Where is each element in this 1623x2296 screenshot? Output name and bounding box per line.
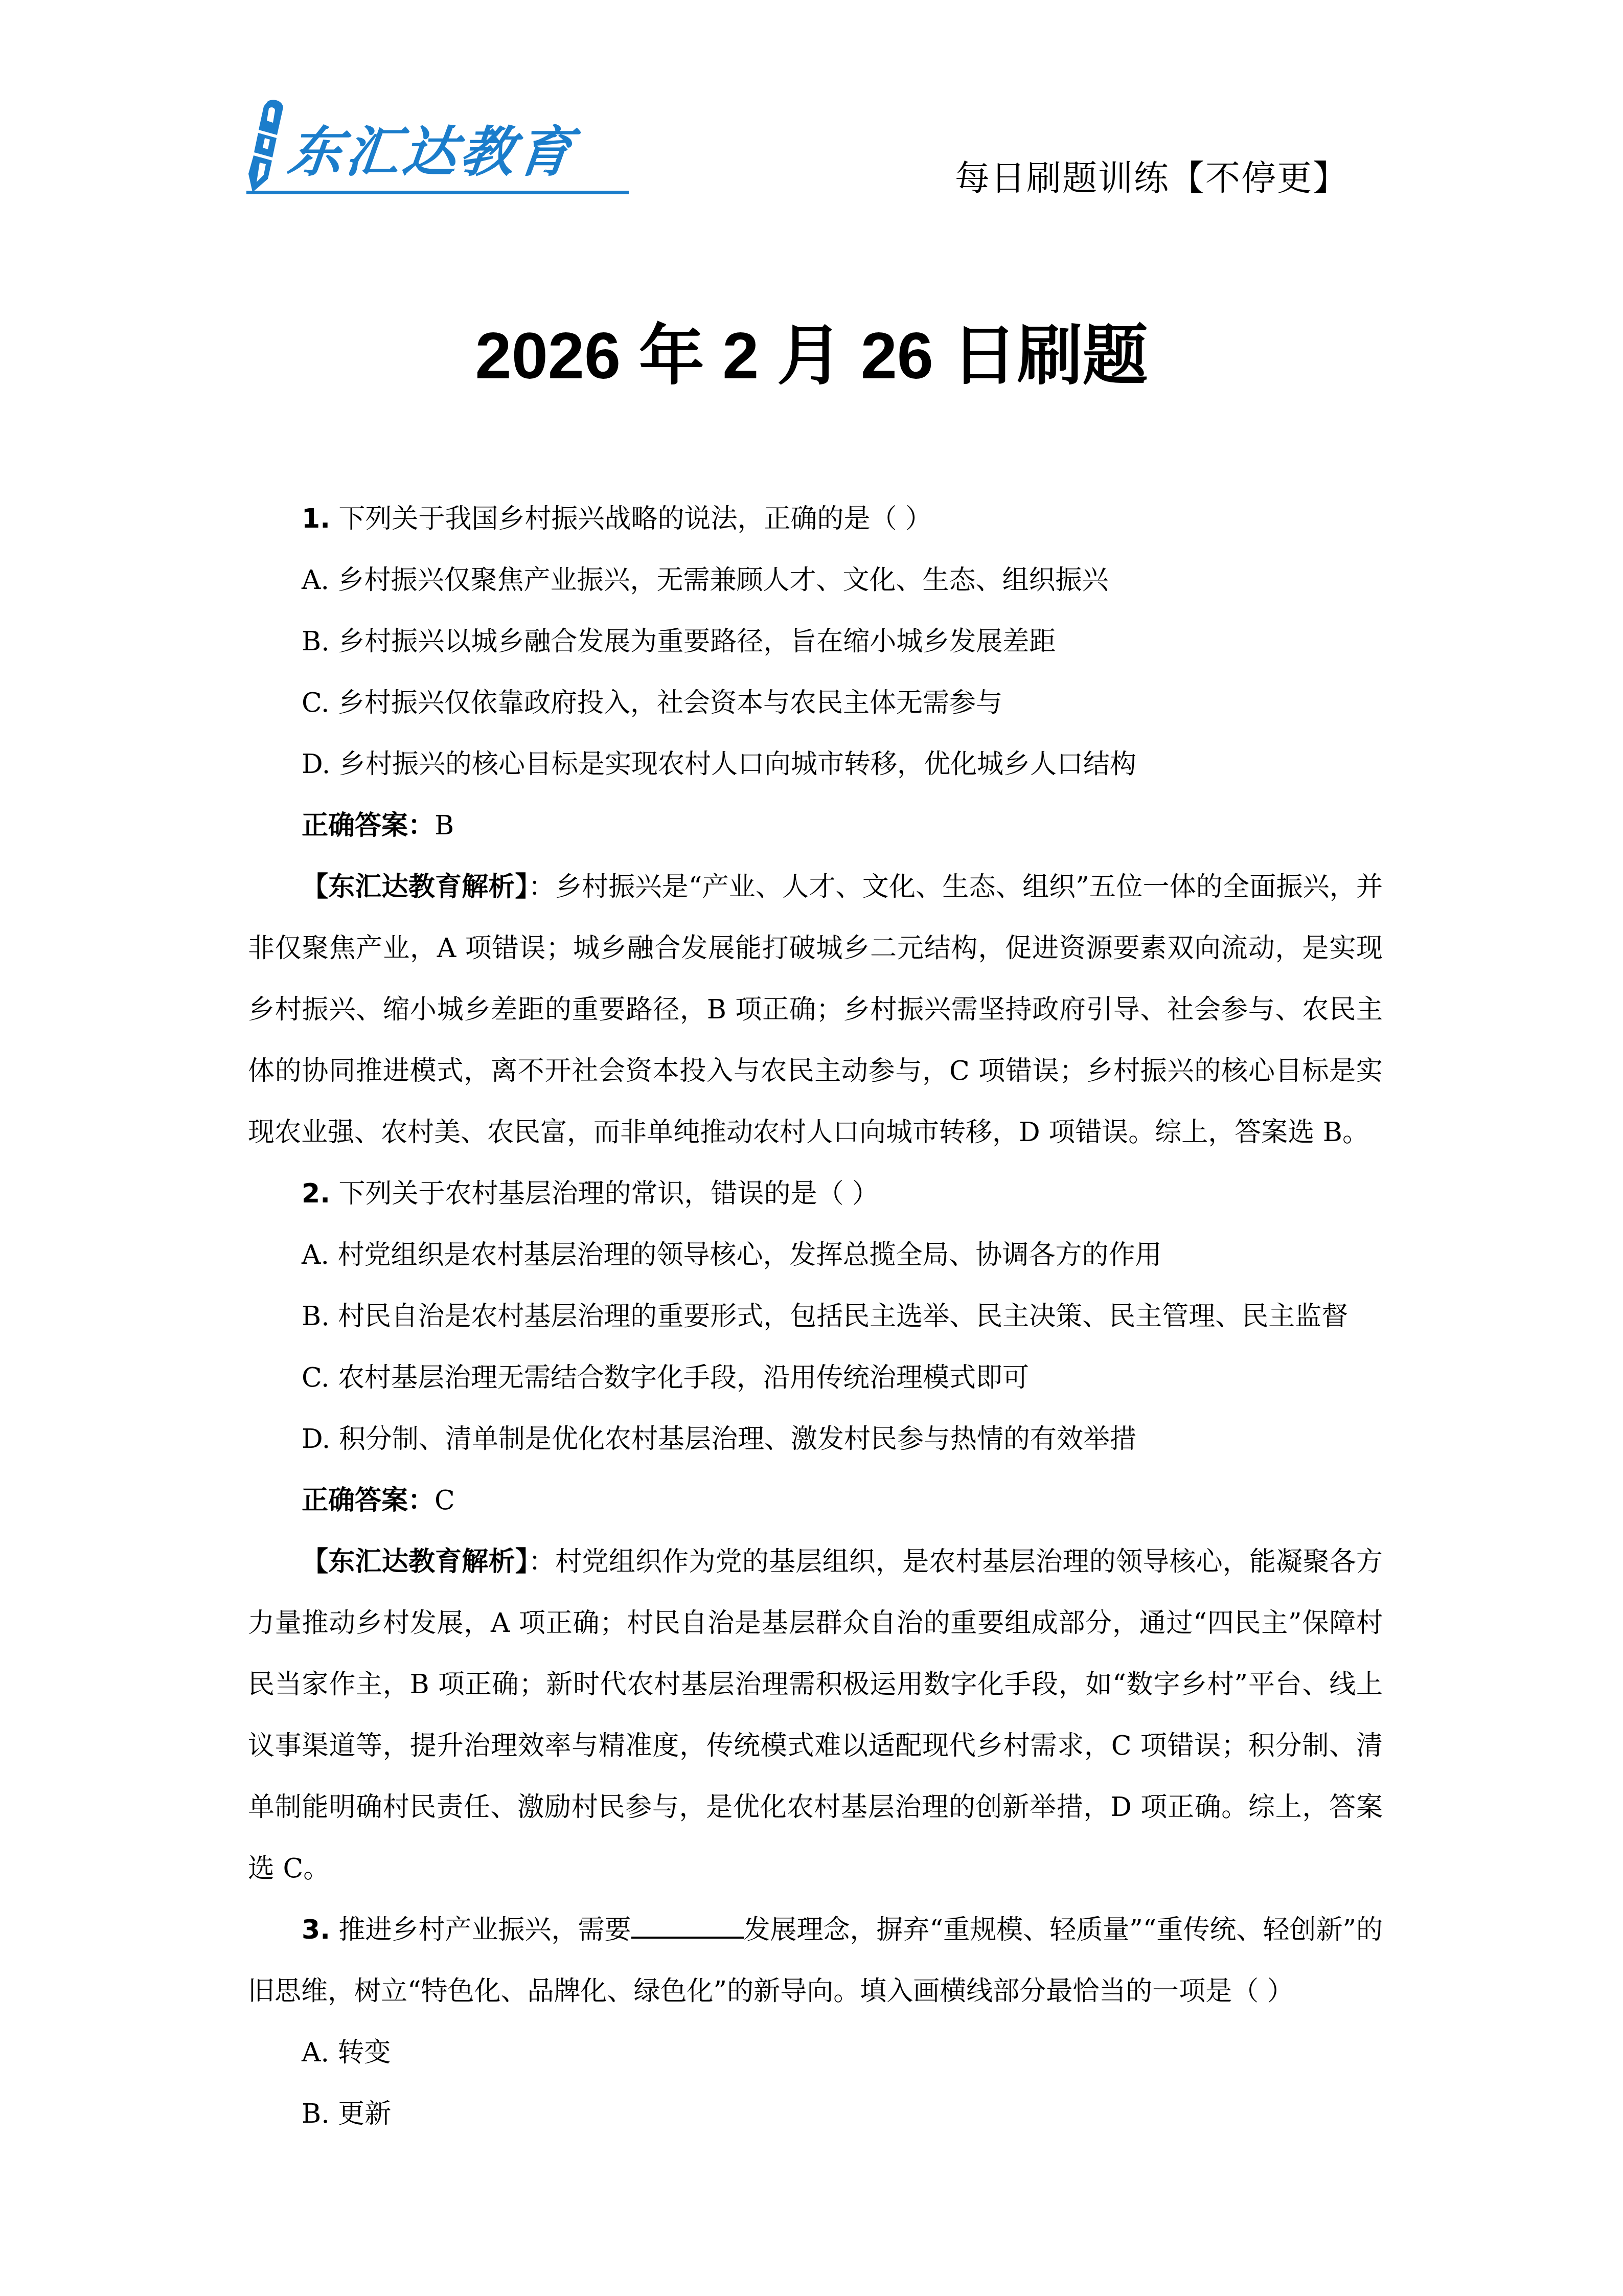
header-tagline: 每日刷题训练【不停更】 [955, 153, 1348, 204]
question-stem: 1. 下列关于我国乡村振兴战略的说法，正确的是（ ） [248, 488, 1383, 550]
option-b: B. 乡村振兴以城乡融合发展为重要路径，旨在缩小城乡发展差距 [248, 611, 1383, 672]
brand-logo: 东汇达教育 [241, 97, 630, 195]
question-2: 2. 下列关于农村基层治理的常识，错误的是（ ） A. 村党组织是农村基层治理的… [248, 1163, 1383, 1899]
question-number: 3. [302, 1915, 330, 1945]
option-b: B. 村民自治是农村基层治理的重要形式，包括民主选举、民主决策、民主管理、民主监… [248, 1286, 1383, 1347]
question-stem: 2. 下列关于农村基层治理的常识，错误的是（ ） [248, 1163, 1383, 1224]
question-stem: 3. 推进乡村产业振兴，需要发展理念，摒弃“重规模、轻质量”“重传统、轻创新”的… [248, 1899, 1383, 2022]
analysis-text: ：乡村振兴是“产业、人才、文化、生态、组织”五位一体的全面振兴，并非仅聚焦产业，… [248, 872, 1383, 1148]
option-d: D. 积分制、清单制是优化农村基层治理、激发村民参与热情的有效举措 [248, 1408, 1383, 1470]
question-1: 1. 下列关于我国乡村振兴战略的说法，正确的是（ ） A. 乡村振兴仅聚焦产业振… [248, 488, 1383, 1163]
option-a: A. 村党组织是农村基层治理的领导核心，发挥总揽全局、协调各方的作用 [248, 1224, 1383, 1286]
analysis-label: 【东汇达教育解析】 [302, 872, 529, 902]
page-title: 2026 年 2 月 26 日刷题 [0, 313, 1623, 400]
pencil-icon [241, 97, 287, 195]
analysis-label: 【东汇达教育解析】 [302, 1547, 529, 1577]
option-c: C. 农村基层治理无需结合数字化手段，沿用传统治理模式即可 [248, 1347, 1383, 1408]
question-3: 3. 推进乡村产业振兴，需要发展理念，摒弃“重规模、轻质量”“重传统、轻创新”的… [248, 1899, 1383, 2145]
answer-value: B [435, 810, 454, 841]
question-text-before-blank: 推进乡村产业振兴，需要 [338, 1915, 631, 1945]
logo-underline [246, 191, 629, 194]
fill-in-blank [631, 1910, 744, 1939]
correct-answer: 正确答案：B [248, 795, 1383, 856]
answer-label: 正确答案： [302, 1485, 435, 1516]
question-number: 2. [302, 1178, 330, 1209]
question-number: 1. [302, 504, 330, 534]
analysis: 【东汇达教育解析】：乡村振兴是“产业、人才、文化、生态、组织”五位一体的全面振兴… [248, 856, 1383, 1163]
option-a: A. 转变 [248, 2022, 1383, 2083]
question-text: 下列关于我国乡村振兴战略的说法，正确的是（ ） [338, 504, 932, 534]
option-b: B. 更新 [248, 2083, 1383, 2145]
brand-name: 东汇达教育 [285, 122, 578, 183]
question-text: 下列关于农村基层治理的常识，错误的是（ ） [338, 1178, 879, 1209]
analysis-text: ：村党组织作为党的基层组织，是农村基层治理的领导核心，能凝聚各方力量推动乡村发展… [248, 1547, 1383, 1884]
question-list: 1. 下列关于我国乡村振兴战略的说法，正确的是（ ） A. 乡村振兴仅聚焦产业振… [248, 488, 1383, 2145]
option-c: C. 乡村振兴仅依靠政府投入，社会资本与农民主体无需参与 [248, 672, 1383, 734]
analysis: 【东汇达教育解析】：村党组织作为党的基层组织，是农村基层治理的领导核心，能凝聚各… [248, 1531, 1383, 1899]
correct-answer: 正确答案：C [248, 1470, 1383, 1531]
answer-label: 正确答案： [302, 810, 435, 841]
option-a: A. 乡村振兴仅聚焦产业振兴，无需兼顾人才、文化、生态、组织振兴 [248, 550, 1383, 611]
answer-value: C [435, 1485, 455, 1516]
option-d: D. 乡村振兴的核心目标是实现农村人口向城市转移，优化城乡人口结构 [248, 734, 1383, 795]
